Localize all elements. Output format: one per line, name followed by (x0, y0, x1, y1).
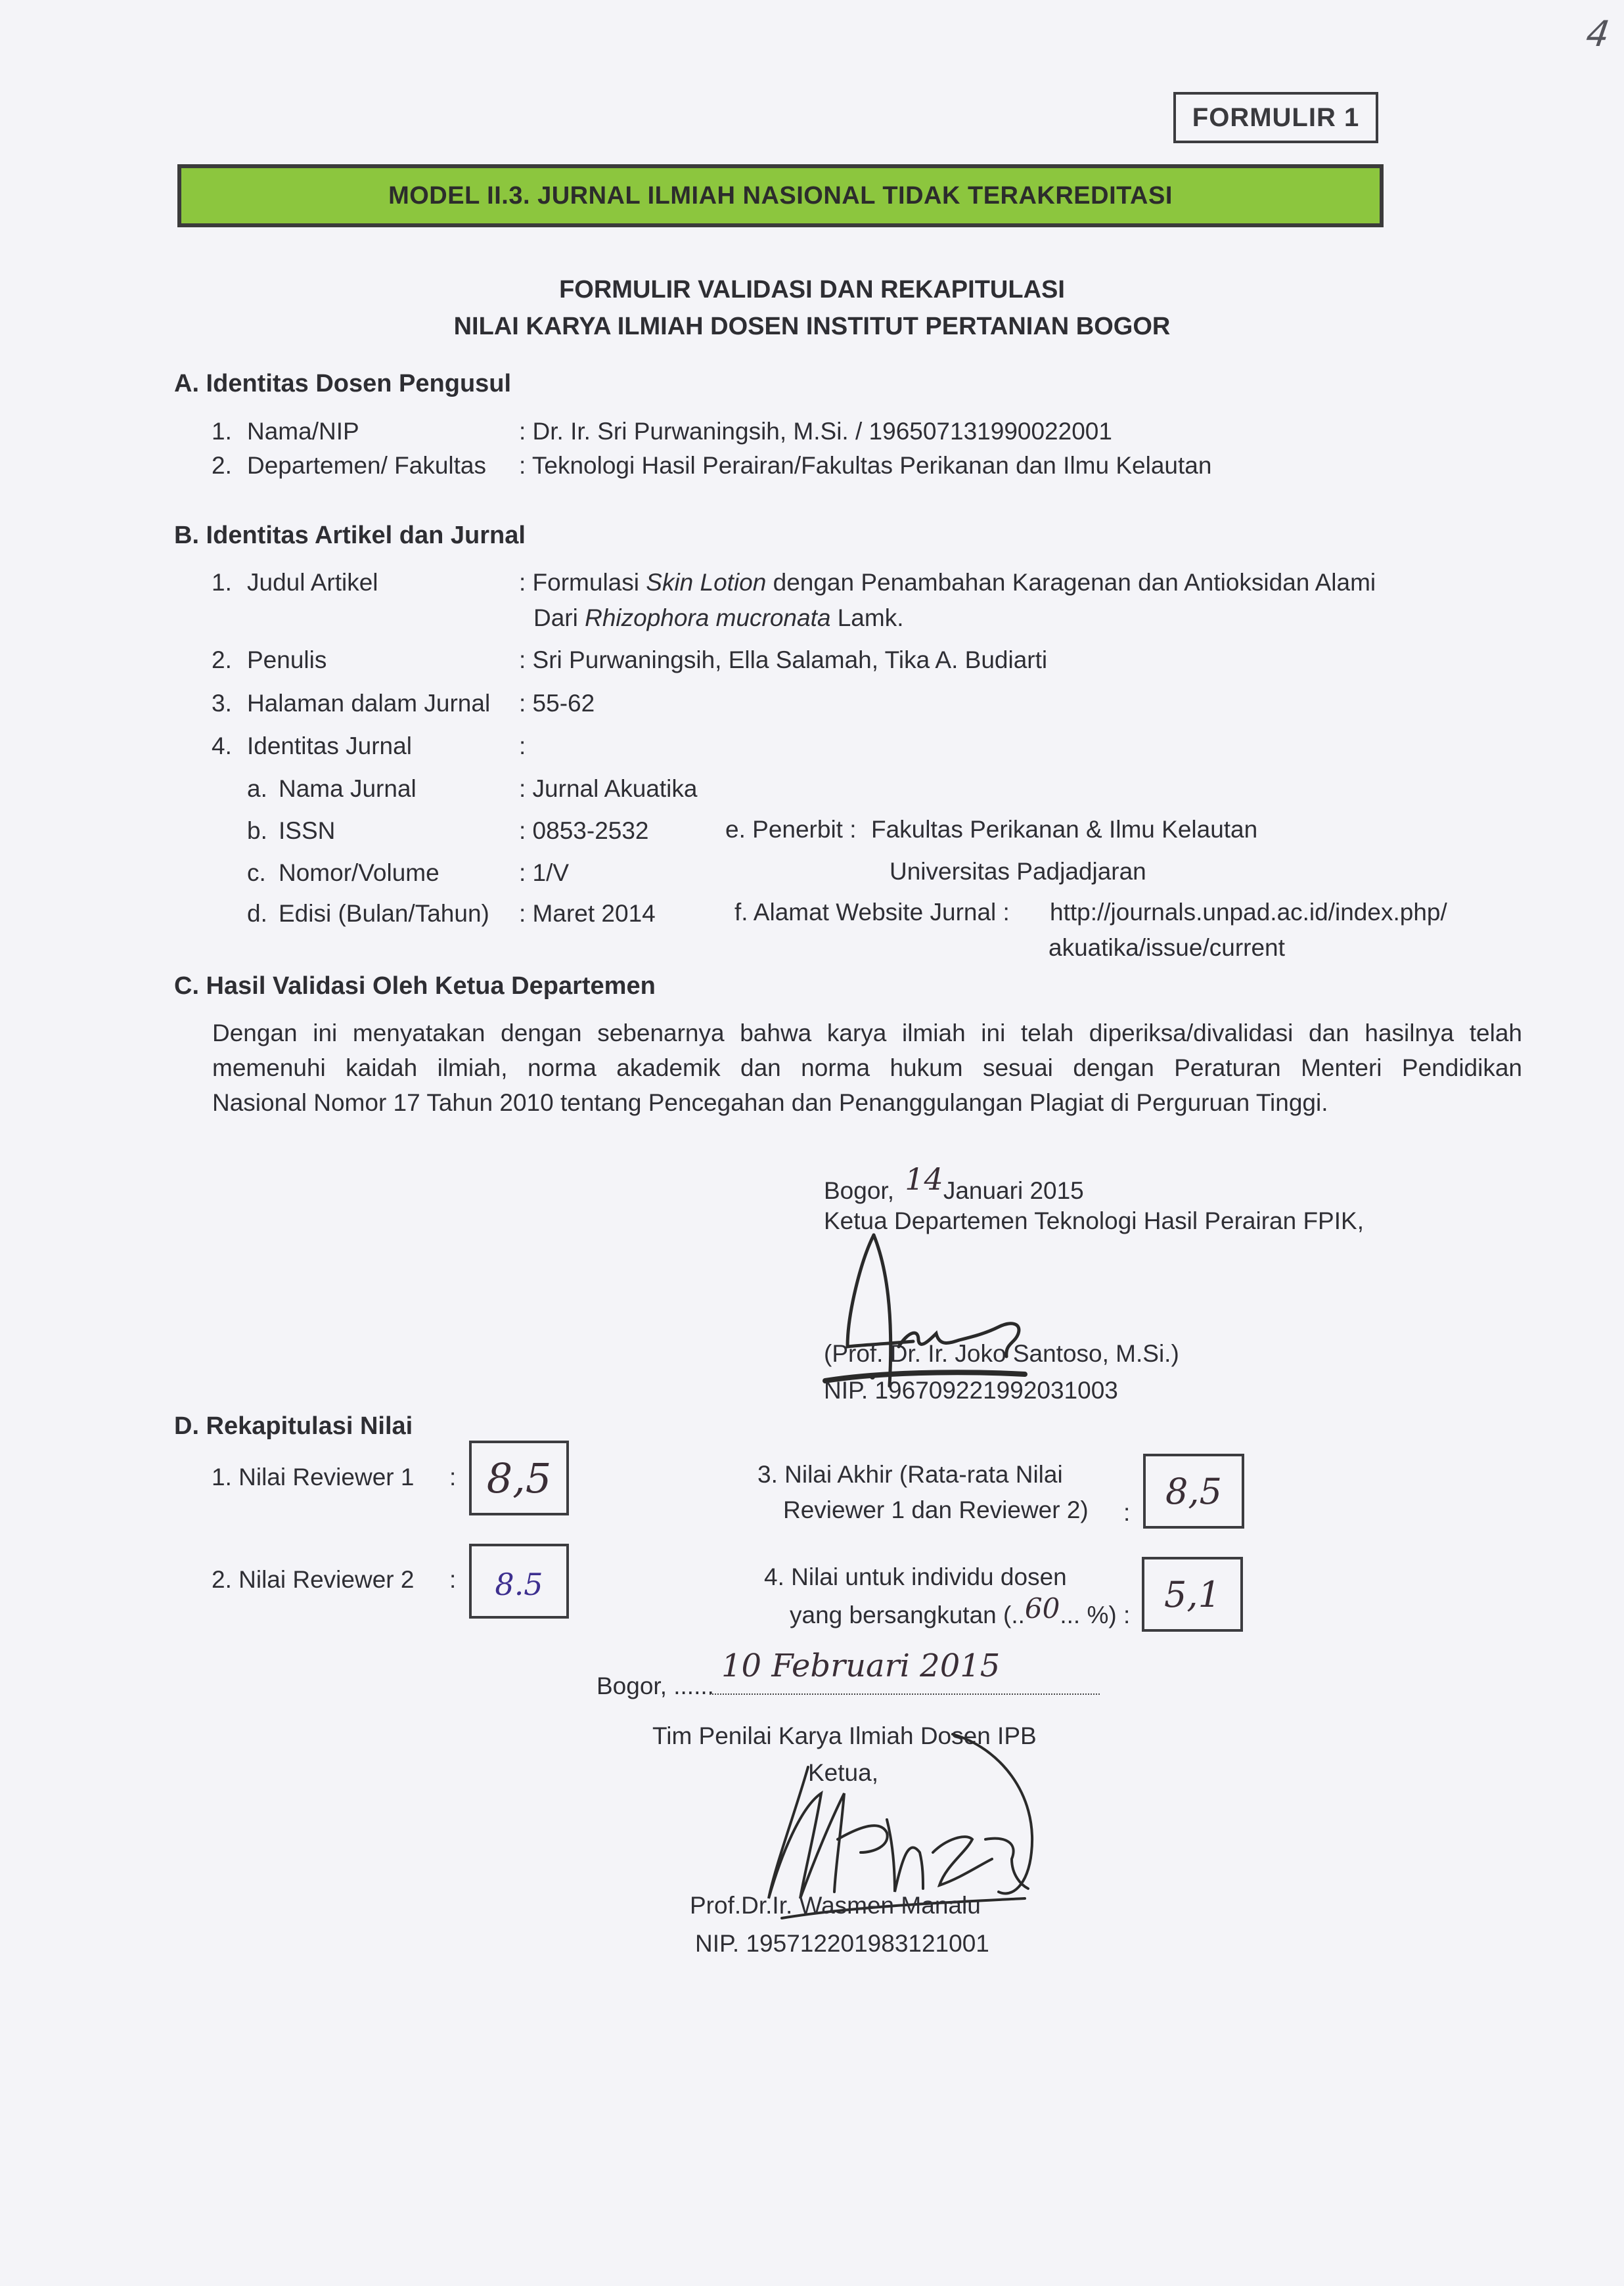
score-label-line-1: 4. Nilai untuk individu dosen (764, 1565, 1067, 1589)
paragraph-line: Nasional Nomor 17 Tahun 2010 tentang Pen… (212, 1085, 1522, 1120)
model-banner: MODEL II.3. JURNAL ILMIAH NASIONAL TIDAK… (177, 164, 1384, 227)
field-value: : Jurnal Akuatika (519, 776, 697, 801)
species-italic: Rhizophora mucronata (585, 604, 830, 631)
page-number-mark: 4 (1584, 13, 1612, 55)
field-label: Nama/NIP (247, 419, 359, 443)
signature-joko-santoso (821, 1209, 1058, 1399)
document-title-line-2: NILAI KARYA ILMIAH DOSEN INSTITUT PERTAN… (0, 313, 1624, 341)
item-number: 1. (212, 419, 232, 443)
score-colon: : (449, 1465, 456, 1489)
individual-score-box: 5,1 (1142, 1557, 1243, 1632)
reviewer-1-score-box: 8,5 (469, 1441, 569, 1515)
field-label: Edisi (Bulan/Tahun) (279, 901, 489, 926)
item-number: 2. (212, 453, 232, 478)
handwritten-assessment-date: 10 Februari 2015 (721, 1647, 1000, 1684)
score-label-line-2: yang bersangkutan (..60... %) : (790, 1600, 1130, 1628)
item-letter: c. (247, 861, 266, 885)
field-label: Departemen/ Fakultas (247, 453, 486, 478)
place-label: Bogor, (824, 1177, 894, 1204)
field-value: : Formulasi Skin Lotion dengan Penambaha… (519, 570, 1376, 594)
website-url-line-1: http://journals.unpad.ac.id/index.php/ (1050, 900, 1447, 924)
item-number: 2. (212, 648, 232, 672)
score-label-line-2: Reviewer 1 dan Reviewer 2) (783, 1498, 1089, 1522)
place-label: Bogor, ...... (597, 1672, 714, 1699)
score-colon: : (1123, 1500, 1130, 1525)
date-dotted-line (710, 1693, 1100, 1695)
validation-place-date: Bogor, 14Januari 2015 (824, 1173, 1084, 1203)
field-label: Penulis (247, 648, 327, 672)
field-label: Identitas Jurnal (247, 734, 412, 758)
section-a-heading: A. Identitas Dosen Pengusul (174, 371, 511, 396)
item-letter: b. (247, 818, 267, 843)
field-value: : 1/V (519, 861, 569, 885)
score-label-line-1: 3. Nilai Akhir (Rata-rata Nilai (757, 1462, 1063, 1487)
month-year: Januari 2015 (943, 1177, 1084, 1204)
paragraph-line: Dengan ini menyatakan dengan sebenarnya … (212, 1016, 1522, 1050)
handwritten-day: 14 (905, 1161, 943, 1197)
validator-nip: NIP. 196709221992031003 (824, 1378, 1118, 1402)
field-value-continued: Universitas Padjadjaran (890, 859, 1146, 884)
field-value: : 0853-2532 (519, 818, 649, 843)
assessor-name: Prof.Dr.Ir. Wasmen Manalu (690, 1893, 981, 1917)
field-label: ISSN (279, 818, 335, 843)
reviewer-1-score: 8,5 (472, 1443, 566, 1514)
assessment-place-date: Bogor, ...... (597, 1674, 714, 1698)
item-number: 4. (212, 734, 232, 758)
final-score: 8,5 (1146, 1456, 1242, 1527)
field-value: : Sri Purwaningsih, Ella Salamah, Tika A… (519, 648, 1047, 672)
item-letter: a. (247, 776, 267, 801)
reviewer-2-score: 8.5 (472, 1546, 566, 1623)
title-text: dengan Penambahan Karagenan dan Antioksi… (766, 569, 1376, 596)
title-text: Lamk. (830, 604, 903, 631)
field-label: Nomor/Volume (279, 861, 440, 885)
individual-score: 5,1 (1144, 1559, 1240, 1630)
model-banner-text: MODEL II.3. JURNAL ILMIAH NASIONAL TIDAK… (388, 182, 1173, 210)
section-d-heading: D. Rekapitulasi Nilai (174, 1414, 413, 1439)
document-title-line-1: FORMULIR VALIDASI DAN REKAPITULASI (0, 276, 1624, 304)
form-label-box: FORMULIR 1 (1173, 92, 1378, 143)
title-text: Dari (533, 604, 585, 631)
item-letter: d. (247, 901, 267, 926)
paragraph-line: memenuhi kaidah ilmiah, norma akademik d… (212, 1050, 1522, 1085)
title-italic: Skin Lotion (646, 569, 766, 596)
item-number: 1. (212, 570, 232, 594)
label-text: ... %) : (1060, 1602, 1130, 1628)
field-value: : Dr. Ir. Sri Purwaningsih, M.Si. / 1965… (519, 419, 1112, 443)
field-label: Nama Jurnal (279, 776, 417, 801)
form-label: FORMULIR 1 (1192, 103, 1359, 133)
field-value: : Teknologi Hasil Perairan/Fakultas Peri… (519, 453, 1211, 478)
section-c-heading: C. Hasil Validasi Oleh Ketua Departemen (174, 974, 656, 998)
field-value: : Maret 2014 (519, 901, 656, 926)
assessor-nip: NIP. 195712201983121001 (695, 1931, 989, 1956)
score-colon: : (449, 1567, 456, 1592)
reviewer-2-score-box: 8.5 (469, 1544, 569, 1619)
score-label: 2. Nilai Reviewer 2 (212, 1567, 414, 1592)
title-text: : Formulasi (519, 569, 646, 596)
field-value-continued: Dari Rhizophora mucronata Lamk. (533, 606, 904, 630)
label-text: yang bersangkutan (.. (790, 1602, 1025, 1628)
validator-name: (Prof. Dr. Ir. Joko Santoso, M.Si.) (824, 1341, 1179, 1366)
field-value: : (519, 734, 526, 758)
score-label: 1. Nilai Reviewer 1 (212, 1465, 414, 1489)
field-label: Halaman dalam Jurnal (247, 691, 490, 715)
field-value: Fakultas Perikanan & Ilmu Kelautan (871, 817, 1257, 841)
validation-paragraph: Dengan ini menyatakan dengan sebenarnya … (212, 1016, 1522, 1120)
field-label: f. Alamat Website Jurnal : (734, 900, 1010, 924)
field-label: Judul Artikel (247, 570, 378, 594)
handwritten-percent: 60 (1025, 1592, 1060, 1625)
website-url-line-2: akuatika/issue/current (1049, 935, 1285, 960)
field-value: : 55-62 (519, 691, 595, 715)
final-score-box: 8,5 (1143, 1454, 1244, 1529)
field-label: e. Penerbit : (725, 817, 857, 841)
section-b-heading: B. Identitas Artikel dan Jurnal (174, 523, 526, 548)
item-number: 3. (212, 691, 232, 715)
